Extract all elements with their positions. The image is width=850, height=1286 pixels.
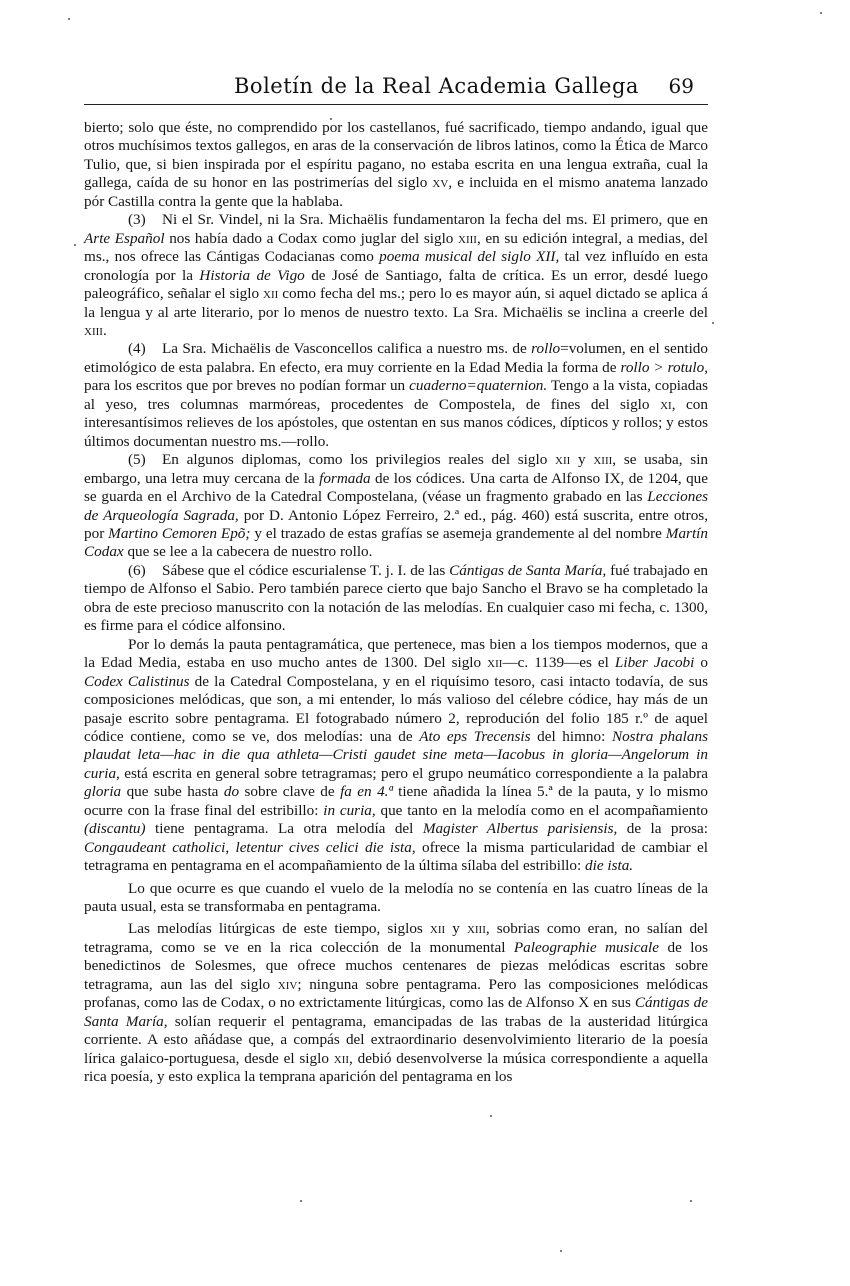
footnote-number: (5)	[128, 451, 162, 469]
italic-text: do	[224, 783, 239, 800]
text-run: Ni el Sr. Vindel, ni la Sra. Michaëlis f…	[162, 211, 708, 228]
scan-speck	[560, 1250, 562, 1252]
italic-text: Historia de Vigo	[199, 267, 304, 284]
italic-text: Codex Calistinus	[84, 673, 190, 690]
text-run: tiene pentagrama. La otra melodía del	[146, 820, 423, 837]
page-number: 69	[669, 74, 694, 98]
text-run: Las melodías litúrgicas de este tiempo, …	[128, 920, 430, 937]
roman-numeral: xii	[555, 451, 570, 468]
text-run: del himno:	[531, 728, 612, 745]
document-page: Boletín de la Real Academia Gallega 69 b…	[0, 0, 850, 1286]
roman-numeral: xii	[487, 654, 502, 671]
text-run: que se lee a la cabecera de nuestro roll…	[124, 543, 373, 560]
italic-text: poema musical del siglo XII,	[379, 248, 559, 265]
roman-numeral: xiii	[458, 230, 477, 247]
scan-speck	[690, 1200, 692, 1202]
roman-numeral: xiv	[278, 976, 298, 993]
italic-text: Magister Albertus parisiensis,	[423, 820, 618, 837]
italic-text: Ato eps Trecensis	[419, 728, 530, 745]
footnote-paragraph: (5)En algunos diplomas, como los privile…	[84, 451, 708, 562]
text-run: está escrita en general sobre tetragrama…	[120, 765, 708, 782]
italic-text: (discantu)	[84, 820, 146, 837]
text-run: que tanto en la melodía como en el acomp…	[376, 802, 708, 819]
text-run: de la prosa:	[617, 820, 708, 837]
italic-text: Liber Jacobi	[615, 654, 694, 671]
italic-text: rollo > rotulo,	[620, 359, 708, 376]
roman-numeral: xiii	[593, 451, 612, 468]
text-run: que sube hasta	[121, 783, 224, 800]
body-paragraph: Lo que ocurre es que cuando el vuelo de …	[84, 880, 708, 917]
text-run: .	[103, 322, 107, 339]
text-run: nos había dado a Codax como juglar del s…	[165, 230, 458, 247]
scan-speck	[74, 244, 76, 246]
running-title: Boletín de la Real Academia Gallega	[234, 74, 639, 98]
italic-text: Arte Español	[84, 230, 165, 247]
text-run: o	[694, 654, 708, 671]
roman-numeral: xii	[430, 920, 445, 937]
italic-text: fa en 4.ª	[340, 783, 393, 800]
italic-text: cuaderno=quaternion.	[409, 377, 547, 394]
text-run: —c. 1139—es el	[502, 654, 614, 671]
body-paragraph: Las melodías litúrgicas de este tiempo, …	[84, 920, 708, 1086]
roman-numeral: xii	[334, 1050, 349, 1067]
italic-text: in curia,	[323, 802, 375, 819]
roman-numeral: xiii	[467, 920, 486, 937]
footnote-paragraph: (3)Ni el Sr. Vindel, ni la Sra. Michaëli…	[84, 211, 708, 340]
body-paragraph: bierto; solo que éste, no comprendido po…	[84, 119, 708, 211]
scan-speck	[300, 1200, 302, 1202]
footnote-number: (4)	[128, 340, 162, 358]
text-run: En algunos diplomas, como los privilegio…	[162, 451, 555, 468]
text-run: y el trazado de estas grafías se asemeja…	[250, 525, 665, 542]
footnote-number: (6)	[128, 562, 162, 580]
italic-text: gloria	[84, 783, 121, 800]
italic-text: formada	[319, 470, 370, 487]
footnote-number: (3)	[128, 211, 162, 229]
roman-numeral: xii	[263, 285, 278, 302]
scan-speck	[490, 1115, 492, 1117]
text-run: y	[445, 920, 467, 937]
body-text: bierto; solo que éste, no comprendido po…	[84, 119, 708, 1087]
scan-speck	[330, 118, 332, 120]
roman-numeral: xiii	[84, 322, 103, 339]
scan-speck	[820, 12, 822, 14]
italic-text: Paleographie musicale	[514, 939, 659, 956]
footnote-paragraph: (4)La Sra. Michaëlis de Vasconcellos cal…	[84, 340, 708, 451]
running-header: Boletín de la Real Academia Gallega 69	[84, 70, 708, 105]
italic-text: Cántigas de Santa María,	[449, 562, 606, 579]
text-run: para los escritos que por breves no podí…	[84, 377, 409, 394]
italic-text: die ista.	[585, 857, 633, 874]
text-run: Lo que ocurre es que cuando el vuelo de …	[84, 880, 708, 915]
italic-text: Congaudeant catholici, letentur cives ce…	[84, 839, 416, 856]
text-run: y	[570, 451, 593, 468]
text-run: La Sra. Michaëlis de Vasconcellos califi…	[162, 340, 531, 357]
text-run: Sábese que el códice escurialense T. j. …	[162, 562, 449, 579]
body-paragraph: Por lo demás la pauta pentagramática, qu…	[84, 636, 708, 876]
text-run: sobre clave de	[239, 783, 340, 800]
italic-text: rollo	[531, 340, 560, 357]
italic-text: Martino Cemoren Epõ;	[108, 525, 250, 542]
footnote-paragraph: (6)Sábese que el códice escurialense T. …	[84, 562, 708, 636]
roman-numeral: xi	[660, 396, 672, 413]
scan-speck	[68, 18, 70, 20]
roman-numeral: xv	[432, 174, 448, 191]
scan-speck	[712, 322, 714, 324]
